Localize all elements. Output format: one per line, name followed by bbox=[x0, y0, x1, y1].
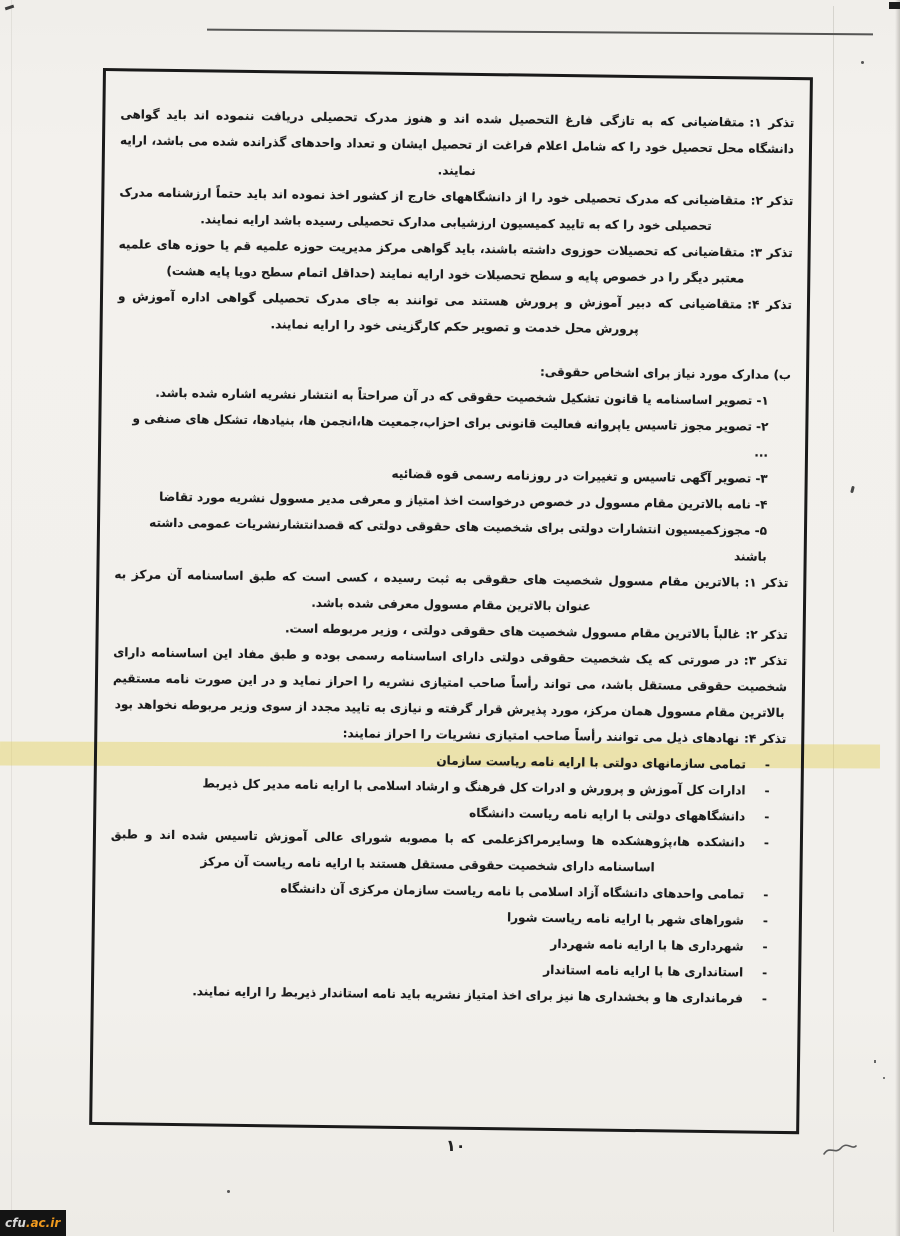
dash-marker: - bbox=[762, 934, 767, 960]
dash-marker: - bbox=[765, 752, 770, 778]
bullet-item-highlighted: - دانشکده ها،پژوهشکده ها وسایرمراکزعلمی … bbox=[110, 821, 785, 882]
scan-speck bbox=[883, 1077, 885, 1079]
note-text: غالباً بالاترین مقام مسوول شخصیت های حقو… bbox=[285, 621, 741, 641]
bullet-text: دانشکده ها،پژوهشکده ها وسایرمراکزعلمی که… bbox=[110, 821, 745, 881]
note-label: تذکر ۳: bbox=[744, 653, 788, 668]
document-border-frame: تذکر ۱:متقاضیانی که به تازگی فارغ التحصی… bbox=[89, 68, 813, 1134]
note-paragraph: تذکر ۴:متقاضیانی که دبیر آموزش و پرورش ه… bbox=[118, 283, 793, 344]
dash-marker: - bbox=[763, 882, 768, 908]
page-number: ۱۰ bbox=[446, 1136, 466, 1155]
note-label: تذکر ۱: bbox=[749, 115, 794, 130]
note-paragraph: تذکر ۳:متقاضیانی که تحصیلات حوزوی داشته … bbox=[118, 231, 793, 292]
scan-left-streak bbox=[11, 0, 12, 1236]
note-text: متقاضیانی که به تازگی فارغ التحصیل شده ا… bbox=[120, 107, 794, 178]
document-content: تذکر ۱:متقاضیانی که به تازگی فارغ التحصی… bbox=[92, 71, 810, 1131]
numbered-item: ۲- تصویر مجوز تاسیس یاپروانه فعالیت قانو… bbox=[116, 405, 769, 466]
scan-artifact-topleft bbox=[5, 5, 14, 11]
dash-marker: - bbox=[764, 804, 769, 830]
watermark-suffix: .ac.ir bbox=[26, 1216, 60, 1230]
site-watermark: cfu.ac.ir bbox=[0, 1210, 66, 1236]
note-label: تذکر ۳: bbox=[750, 245, 793, 260]
note-label: تذکر ۲: bbox=[751, 193, 794, 208]
bullet-list: - تمامی سازمانهای دولتی با ارایه نامه ری… bbox=[109, 743, 786, 1012]
pen-squiggle bbox=[822, 1142, 860, 1158]
note-text: بالاترین مقام مسوول شخصیت های حقوقی به ث… bbox=[114, 567, 739, 613]
scanned-page: تذکر ۱:متقاضیانی که به تازگی فارغ التحصی… bbox=[0, 0, 900, 1236]
note-label: تذکر ۱: bbox=[744, 575, 788, 590]
note-text: نهادهای ذیل می توانند رأساً صاحب امتیازی… bbox=[343, 726, 740, 745]
dash-marker: - bbox=[762, 986, 767, 1012]
note-paragraph: تذکر ۲:متقاضیانی که مدرک تحصیلی خود را ا… bbox=[119, 179, 794, 240]
scan-artifact-topright bbox=[889, 2, 900, 9]
note-paragraph: تذکر ۱:بالاترین مقام مسوول شخصیت های حقو… bbox=[114, 561, 789, 622]
scan-fold-line bbox=[833, 6, 834, 1232]
note-paragraph: تذکر ۳:در صورتی که یک شخصیت حقوقی دولتی … bbox=[113, 639, 788, 726]
scan-line-top bbox=[207, 29, 873, 36]
note-paragraph: تذکر ۱:متقاضیانی که به تازگی فارغ التحصی… bbox=[120, 101, 795, 188]
scan-right-edge bbox=[895, 0, 900, 1236]
note-label: تذکر ۴: bbox=[744, 731, 786, 746]
note-label: تذکر ۲: bbox=[745, 627, 787, 642]
scan-speck bbox=[861, 61, 864, 64]
dash-marker: - bbox=[762, 960, 767, 986]
note-label: تذکر ۴: bbox=[747, 297, 792, 312]
note-text: در صورتی که یک شخصیت حقوقی دولتی دارای ا… bbox=[113, 645, 787, 720]
note-text: متقاضیانی که تحصیلات حوزوی داشته باشند، … bbox=[119, 237, 745, 285]
note-text: متقاضیانی که دبیر آموزش و پرورش هستند می… bbox=[118, 289, 742, 336]
scan-speck bbox=[227, 1190, 230, 1193]
numbered-item: ۵- مجوزکمیسیون انتشارات دولتی برای شخصیت… bbox=[115, 509, 768, 570]
scan-speck bbox=[874, 1060, 876, 1063]
dash-marker: - bbox=[764, 778, 769, 804]
scan-speck bbox=[850, 486, 855, 494]
dash-marker: - bbox=[763, 908, 768, 934]
dash-marker: - bbox=[764, 830, 769, 856]
watermark-prefix: cfu bbox=[5, 1216, 26, 1230]
note-text: متقاضیانی که مدرک تحصیلی خود را از دانشگ… bbox=[119, 185, 746, 233]
